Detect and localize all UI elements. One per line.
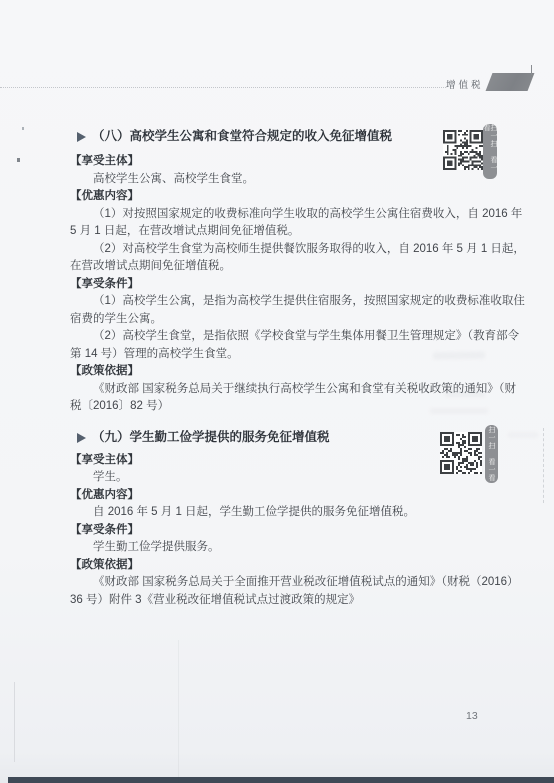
ink-bleedthrough [430, 408, 488, 414]
triangle-bullet-icon [77, 132, 86, 142]
body-line: 5 月 1 日起，在营改增试点期间免征增值税。 [70, 223, 510, 241]
field-label: 【享受条件】 [70, 276, 510, 294]
scan-crease [178, 640, 179, 783]
field-label: 【政策依据】 [70, 363, 510, 381]
qr-code-section-9 [440, 432, 482, 474]
body-line: （1）对按照国家规定的收费标准向学生收取的高校学生公寓住宿费收入，自 2016 … [70, 206, 510, 224]
field-label: 【享受条件】 [70, 522, 510, 540]
ink-bleedthrough [508, 432, 538, 438]
body-line: 宿费的学生公寓。 [70, 311, 510, 329]
scan-speck [17, 158, 20, 162]
section-9-body: 【享受主体】 学生。 【优惠内容】 自 2016 年 5 月 1 日起，学生勤工… [70, 452, 510, 610]
document-body: （八）高校学生公寓和食堂符合规定的收入免征增值税 【享受主体】 高校学生公寓、高… [70, 0, 510, 609]
qr-caption-pill: 扫一扫 看一看 [483, 124, 497, 179]
section-9-heading-text: （九）学生勤工俭学提供的服务免征增值税 [92, 429, 330, 447]
scanned-document-page: 增值税 （八）高校学生公寓和食堂符合规定的收入免征增值税 【享受主体】 高校学生… [0, 0, 554, 783]
scan-edge-dashes [543, 428, 544, 503]
body-line: 高校学生公寓、高校学生食堂。 [70, 171, 510, 189]
triangle-bullet-icon [77, 433, 86, 443]
chapter-tab-tick [531, 65, 532, 75]
body-line: 《财政部 国家税务总局关于全面推开营业税改征增值税试点的通知》（财税（2016） [70, 574, 510, 592]
qr-caption-pill: 扫一扫 看一看 [485, 425, 498, 483]
body-line: 学生勤工俭学提供服务。 [70, 539, 510, 557]
ink-bleedthrough [445, 390, 485, 397]
section-8-heading-text: （八）高校学生公寓和食堂符合规定的收入免征增值税 [92, 128, 392, 146]
body-line: （2）对高校学生食堂为高校师生提供餐饮服务取得的收入，自 2016 年 5 月 … [70, 241, 510, 259]
field-label: 【政策依据】 [70, 557, 510, 575]
scan-edge-line [14, 682, 15, 762]
scan-speck [22, 127, 24, 130]
ink-bleedthrough [433, 352, 485, 360]
body-line: （1）高校学生公寓，是指为高校学生提供住宿服务，按照国家规定的收费标准收取住 [70, 293, 510, 311]
page-number: 13 [466, 710, 478, 722]
body-line: （2）高校学生食堂，是指依照《学校食堂与学生集体用餐卫生管理规定》（教育部令 [70, 328, 510, 346]
field-label: 【优惠内容】 [70, 188, 510, 206]
body-line: 自 2016 年 5 月 1 日起，学生勤工俭学提供的服务免征增值税。 [70, 504, 510, 522]
scan-bottom-edge [8, 777, 554, 783]
field-label: 【优惠内容】 [70, 487, 510, 505]
qr-code-section-8 [443, 130, 483, 170]
body-line: 36 号）附件 3《营业税改征增值税试点过渡政策的规定》 [70, 592, 510, 610]
body-line: 在营改增试点期间免征增值税。 [70, 258, 510, 276]
body-line: 《财政部 国家税务总局关于继续执行高校学生公寓和食堂有关税收政策的通知》（财 [70, 381, 510, 399]
section-8-body: 【享受主体】 高校学生公寓、高校学生食堂。 【优惠内容】 （1）对按照国家规定的… [70, 153, 510, 416]
